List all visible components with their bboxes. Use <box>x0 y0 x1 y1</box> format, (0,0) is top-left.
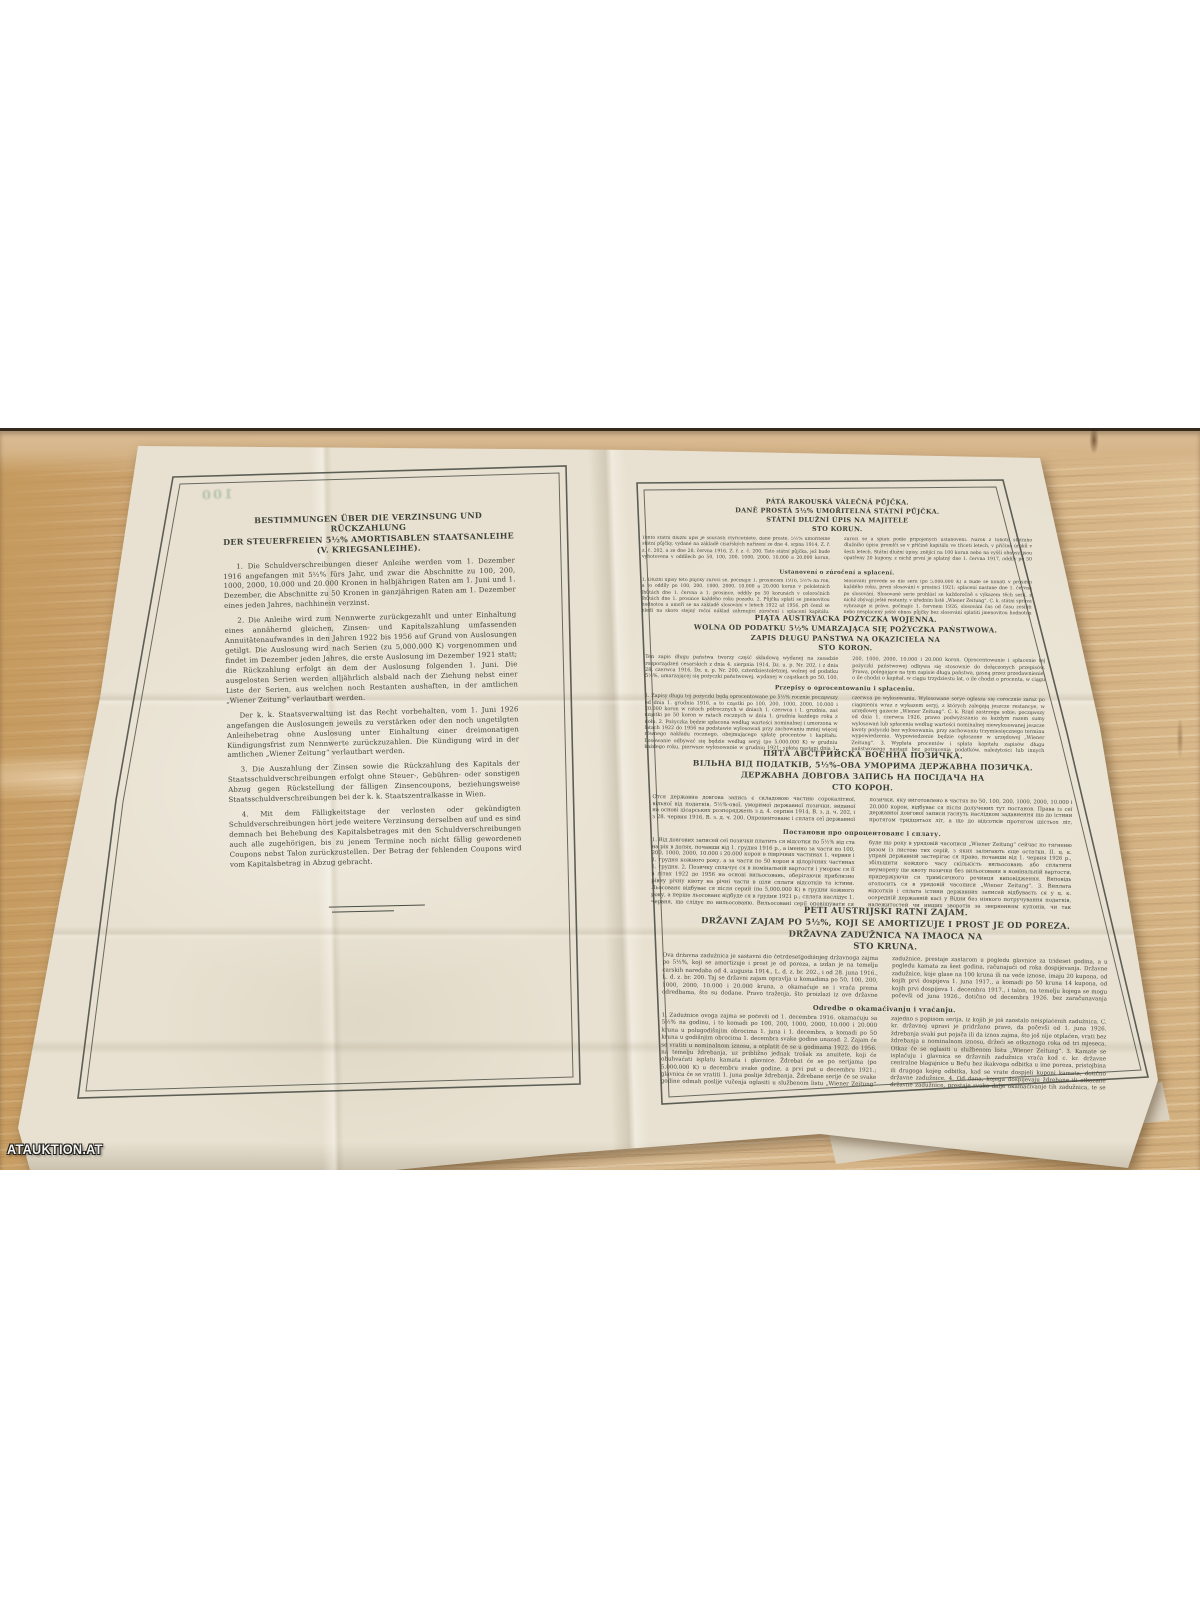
czech-section: PÁTÁ RAKOUSKÁ VÁLEČNÁ PŮJČKA. DANĚ PROST… <box>642 497 1033 619</box>
end-rule-short <box>332 910 394 912</box>
german-paragraph-2: 2. Die Anleihe wird zum Nennwerte zurück… <box>224 611 518 707</box>
czech-intro-text: Tento státní dlužní úpis je součástí čty… <box>642 536 1032 569</box>
polish-section: PIĄTA AUSTRYACKA POŻYCZKA WOJENNA. WOLNA… <box>644 612 1045 757</box>
end-rule <box>329 904 425 907</box>
ghost-denomination-100: 100 <box>200 487 234 504</box>
german-paragraph-1: 1. Die Schuldverschreibungen dieser Anle… <box>223 556 516 612</box>
croatian-provisions-text: 1. Zadužnice ovoga zajma se počevši od 1… <box>661 1013 1107 1094</box>
german-paragraph-3: Der k. k. Staatsverwaltung ist das Recht… <box>226 705 519 761</box>
ukrainian-section: ПЯТА АВСТРИЙСКА ВОЄННА ПОЗИЧКА. ВІЛЬНА В… <box>651 747 1073 914</box>
ukrainian-intro-text: Отся державна довгова запись є складовою… <box>652 794 1072 830</box>
czech-title-line: STO KORUN. <box>642 524 1032 536</box>
czech-subheading: Ustanovení o zúročení a splacení. <box>642 569 1032 578</box>
paper-shadow-wrap: 100 BESTIMMUNGEN ÜBER DIE VERZINSUNG UND… <box>0 428 1200 1170</box>
polish-subheading: Przepisy o oprocentowaniu i spłaceniu. <box>645 683 1045 694</box>
german-paragraph-4: 3. Die Auszahlung der Zinsen sowie die R… <box>228 760 521 806</box>
polish-intro-text: Ten zapis długu państwa tworzy część skł… <box>645 654 1045 684</box>
photo-of-document-on-wooden-table: 100 BESTIMMUNGEN ÜBER DIE VERZINSUNG UND… <box>0 428 1200 1170</box>
bond-paper-sheet: 100 BESTIMMUNGEN ÜBER DIE VERZINSUNG UND… <box>0 428 1200 1170</box>
croatian-section: PETI AUSTRIJSKI RATNI ZAJAM. DRŽAVNI ZAJ… <box>661 903 1109 1094</box>
german-page-text: BESTIMMUNGEN ÜBER DIE VERZINSUNG UND RÜC… <box>222 509 523 914</box>
german-paragraph-5: 4. Mit dem Fälligkeitstage der verlosten… <box>229 804 522 870</box>
croatian-intro-text: Ova državna zadužnica je sastavni dio če… <box>662 953 1108 1006</box>
auction-watermark: ATAUKTION.AT <box>7 1142 103 1157</box>
